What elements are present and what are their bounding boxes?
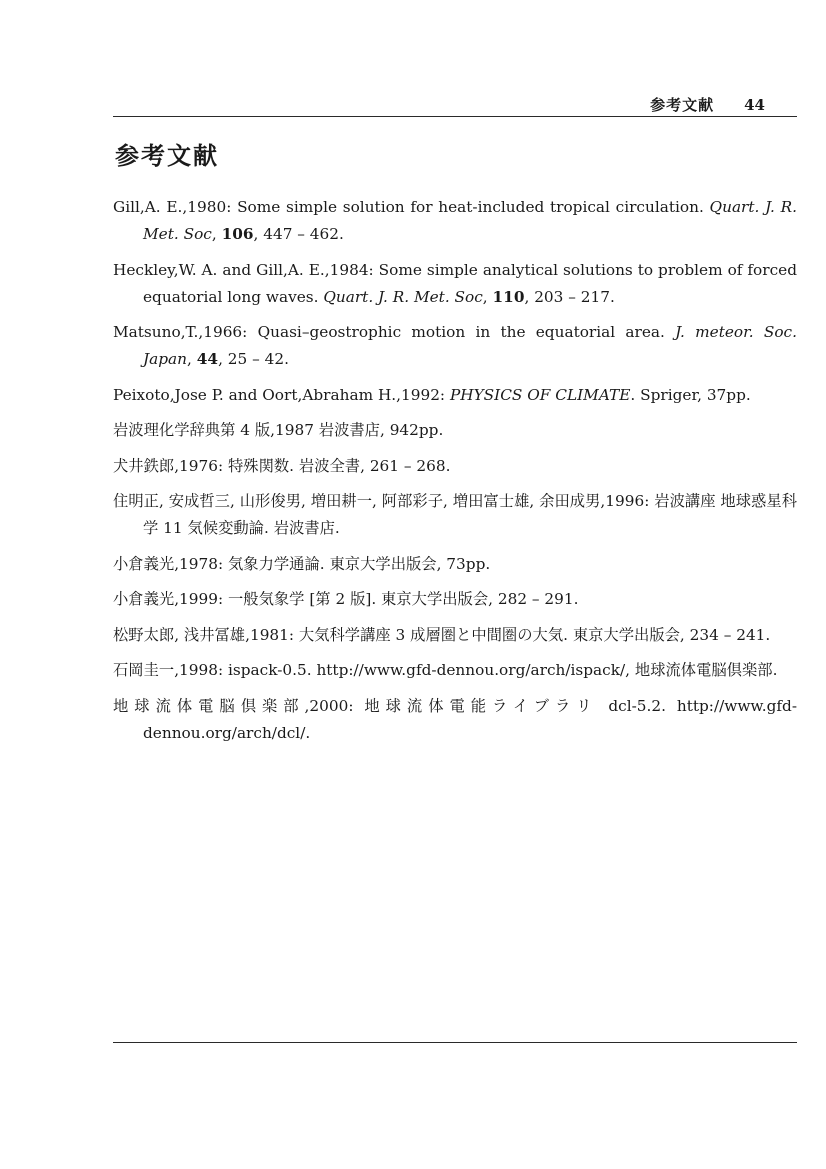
reference-entry: 石岡圭一,1998: ispack-0.5. http://www.gfd-de…	[113, 657, 797, 684]
reference-entry: Matsuno,T.,1966: Quasi–geostrophic motio…	[113, 319, 797, 373]
reference-text-segment: 44	[197, 350, 218, 368]
reference-text-segment: 石岡圭一,1998: ispack-0.5. http://www.gfd-de…	[113, 661, 777, 679]
running-header: 参考文献44	[113, 94, 797, 115]
reference-text-segment: , 203 – 217.	[524, 288, 614, 306]
reference-text-segment: Quart. J. R. Met. Soc	[323, 288, 482, 306]
reference-text-segment: Matsuno,T.,1966: Quasi–geostrophic motio…	[113, 323, 675, 341]
reference-text-segment: ,	[212, 225, 222, 243]
chapter-title: 参考文献	[115, 136, 219, 171]
reference-entry: 住明正, 安成哲三, 山形俊男, 増田耕一, 阿部彩子, 増田富士雄, 余田成男…	[113, 488, 797, 542]
reference-text-segment: 犬井鉄郎,1976: 特殊関数. 岩波全書, 261 – 268.	[113, 457, 450, 475]
reference-text-segment: . Spriger, 37pp.	[630, 386, 750, 404]
header-rule	[113, 116, 797, 117]
reference-text-segment: 106	[222, 225, 254, 243]
running-header-title: 参考文献	[650, 96, 714, 114]
reference-entry: 小倉義光,1978: 気象力学通論. 東京大学出版会, 73pp.	[113, 551, 797, 578]
reference-entry: 松野太郎, 浅井冨雄,1981: 大気科学講座 3 成層圏と中間圏の大気. 東京…	[113, 622, 797, 649]
reference-entry: 地球流体電脳倶楽部,2000: 地球流体電能ライブラリ dcl-5.2. htt…	[113, 693, 797, 747]
reference-list: Gill,A. E.,1980: Some simple solution fo…	[113, 194, 797, 755]
page-number: 44	[744, 96, 797, 114]
reference-entry: 岩波理化学辞典第 4 版,1987 岩波書店, 942pp.	[113, 417, 797, 444]
reference-text-segment: ,	[483, 288, 493, 306]
reference-text-segment: 松野太郎, 浅井冨雄,1981: 大気科学講座 3 成層圏と中間圏の大気. 東京…	[113, 626, 770, 644]
reference-entry: Heckley,W. A. and Gill,A. E.,1984: Some …	[113, 257, 797, 311]
reference-text-segment: Gill,A. E.,1980: Some simple solution fo…	[113, 198, 710, 216]
reference-entry: 小倉義光,1999: 一般気象学 [第 2 版]. 東京大学出版会, 282 –…	[113, 586, 797, 613]
reference-text-segment: 小倉義光,1978: 気象力学通論. 東京大学出版会, 73pp.	[113, 555, 490, 573]
reference-text-segment: , 25 – 42.	[218, 350, 289, 368]
reference-text-segment: Peixoto,Jose P. and Oort,Abraham H.,1992…	[113, 386, 450, 404]
reference-text-segment: 岩波理化学辞典第 4 版,1987 岩波書店, 942pp.	[113, 421, 443, 439]
reference-text-segment: ,	[187, 350, 197, 368]
reference-text-segment: 住明正, 安成哲三, 山形俊男, 増田耕一, 阿部彩子, 増田富士雄, 余田成男…	[113, 492, 797, 537]
reference-text-segment: 地球流体電脳倶楽部,2000: 地球流体電能ライブラリ dcl-5.2. htt…	[113, 697, 797, 742]
reference-entry: Gill,A. E.,1980: Some simple solution fo…	[113, 194, 797, 248]
reference-entry: 犬井鉄郎,1976: 特殊関数. 岩波全書, 261 – 268.	[113, 453, 797, 480]
reference-text-segment: 110	[493, 288, 525, 306]
reference-text-segment: PHYSICS OF CLIMATE	[450, 386, 630, 404]
reference-text-segment: , 447 – 462.	[254, 225, 344, 243]
document-page: 参考文献44 参考文献 Gill,A. E.,1980: Some simple…	[0, 0, 826, 1169]
footer-rule	[113, 1042, 797, 1043]
reference-text-segment: 小倉義光,1999: 一般気象学 [第 2 版]. 東京大学出版会, 282 –…	[113, 590, 579, 608]
reference-entry: Peixoto,Jose P. and Oort,Abraham H.,1992…	[113, 382, 797, 409]
